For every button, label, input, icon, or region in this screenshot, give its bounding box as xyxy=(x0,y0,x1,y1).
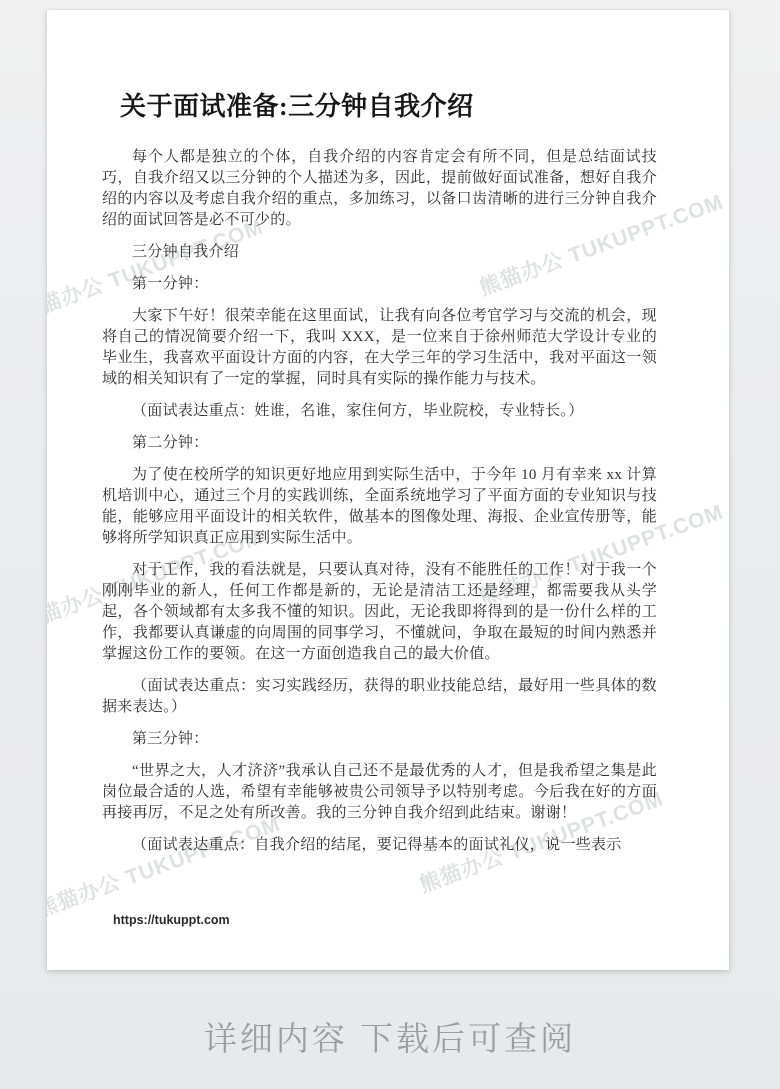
document-paragraph: 第二分钟： xyxy=(102,433,657,454)
document-paragraph: 第一分钟： xyxy=(102,274,657,295)
document-paragraph: 每个人都是独立的个体，自我介绍的内容肯定会有所不同，但是总结面试技巧，自我介绍又… xyxy=(102,147,657,231)
download-hint-label: 详细内容 下载后可查阅 xyxy=(0,1019,780,1059)
source-url: https://tukuppt.com xyxy=(113,913,230,927)
document-paragraph: 三分钟自我介绍 xyxy=(102,242,657,263)
document-title: 关于面试准备:三分钟自我介绍 xyxy=(120,91,657,123)
document-paragraph: “世界之大，人才济济”我承认自己还不是最优秀的人才，但是我希望之集是此岗位最合适… xyxy=(102,761,657,824)
document-paragraph: （面试表达重点：自我介绍的结尾，要记得基本的面试礼仪，说一些表示 xyxy=(102,835,657,856)
document-paragraph: 第三分钟： xyxy=(102,729,657,750)
document-paragraph: 为了使在校所学的知识更好地应用到实际生活中，于今年 10 月有幸来 xx 计算机… xyxy=(102,465,657,549)
document-content: 关于面试准备:三分钟自我介绍 每个人都是独立的个体，自我介绍的内容肯定会有所不同… xyxy=(102,10,657,867)
document-paragraph: （面试表达重点：姓谁，名谁，家住何方，毕业院校，专业特长。） xyxy=(102,401,657,422)
document-paragraph: 对于工作，我的看法就是，只要认真对待，没有不能胜任的工作！对于我一个刚刚毕业的新… xyxy=(102,560,657,665)
document-paragraph: 大家下午好！很荣幸能在这里面试，让我有向各位考官学习与交流的机会，现将自己的情况… xyxy=(102,306,657,390)
document-paragraphs: 每个人都是独立的个体，自我介绍的内容肯定会有所不同，但是总结面试技巧，自我介绍又… xyxy=(102,147,657,856)
document-preview-page: 熊猫办公 TUKUPPT.COM熊猫办公 TUKUPPT.COM熊猫办公 TUK… xyxy=(47,10,729,970)
document-paragraph: （面试表达重点：实习实践经历，获得的职业技能总结，最好用一些具体的数据来表达。） xyxy=(102,676,657,718)
